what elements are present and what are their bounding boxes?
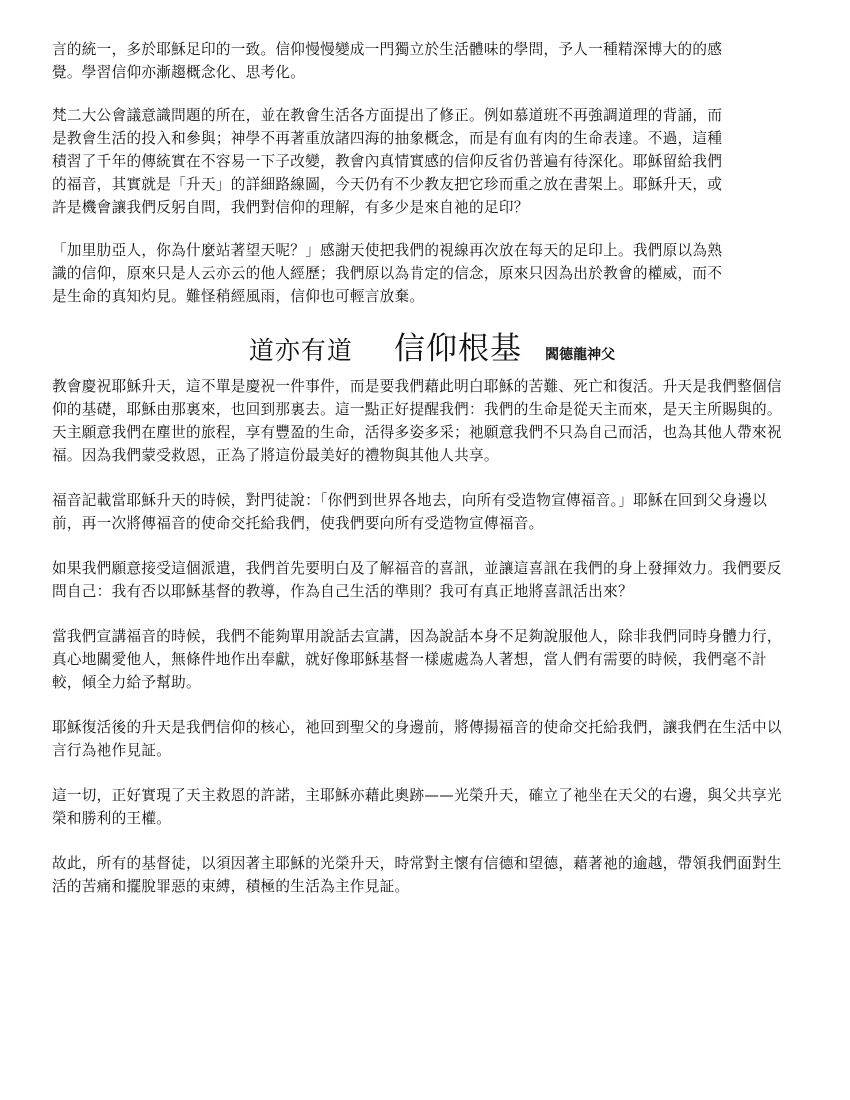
paragraph: 耶穌復活後的升天是我們信仰的核心，祂回到聖父的身邊前，將傳揚福音的使命交托給我們… — [52, 716, 782, 762]
text-line: 是教會生活的投入和參與；神學不再著重放諸四海的抽象概念，而是有血有肉的生命表達。… — [52, 127, 722, 150]
paragraph: 如果我們願意接受這個派遣，我們首先要明白及了解福音的喜訊，並讓這喜訊在我們的身上… — [52, 557, 782, 603]
text-line: 問自己：我有否以耶穌基督的教導，作為自己生活的準則？我可有真正地將喜訊活出來？ — [52, 580, 782, 603]
text-line: 當我們宣講福音的時候，我們不能夠單用說話去宣講，因為說話本身不足夠說服他人，除非… — [52, 625, 782, 648]
text-line: 故此，所有的基督徒，以須因著主耶穌的光榮升天，時常對主懷有信德和望德，藉著祂的逾… — [52, 852, 782, 875]
paragraph: 福音記載當耶穌升天的時候，對門徒說：「你們到世界各地去，向所有受造物宣傳福音。」… — [52, 489, 782, 535]
text-line: 積習了千年的傳統實在不容易一下子改變，教會內真情實感的信仰反省仍普遍有待深化。耶… — [52, 150, 722, 173]
text-line: 的福音，其實就是「升天」的詳細路線圖，今天仍有不少教友把它珍而重之放在書架上。耶… — [52, 173, 722, 196]
paragraph: 言的統一，多於耶穌足印的一致。信仰慢慢變成一門獨立於生活體味的學問，予人一種精深… — [52, 38, 722, 84]
paragraph: 梵二大公會議意識問題的所在，並在教會生活各方面提出了修正。例如慕道班不再強調道理… — [52, 104, 722, 219]
text-line: 如果我們願意接受這個派遣，我們首先要明白及了解福音的喜訊，並讓這喜訊在我們的身上… — [52, 557, 782, 580]
text-line: 仰的基礎，耶穌由那裏來，也回到那裏去。這一點正好提醒我們：我們的生命是從天主而來… — [52, 398, 782, 421]
text-line: 言的統一，多於耶穌足印的一致。信仰慢慢變成一門獨立於生活體味的學問，予人一種精深… — [52, 38, 722, 61]
text-line: 真心地關愛他人，無條件地作出奉獻，就好像耶穌基督一樣處處為人著想，當人們有需要的… — [52, 648, 782, 671]
text-line: 識的信仰，原來只是人云亦云的他人經歷；我們原以為肯定的信念，原來只因為出於教會的… — [52, 262, 722, 285]
text-line: 前，再一次將傳福音的使命交托給我們，使我們要向所有受造物宣傳福音。 — [52, 512, 782, 535]
article-body: 教會慶祝耶穌升天，這不單是慶祝一件事件，而是要我們藉此明白耶穌的苦難、死亡和復活… — [52, 375, 782, 920]
article-heading: 道亦有道 信仰根基 閻德龍神父 — [52, 323, 812, 368]
text-line: 許是機會讓我們反躬自問，我們對信仰的理解，有多少是來自祂的足印？ — [52, 196, 722, 219]
text-line: 言行為祂作見証。 — [52, 739, 782, 762]
text-line: 覺。學習信仰亦漸趨概念化、思考化。 — [52, 61, 722, 84]
column-name: 道亦有道 — [249, 336, 353, 365]
text-line: 「加里肋亞人，你為什麼站著望天呢？」感謝天使把我們的視線再次放在每天的足印上。我… — [52, 239, 722, 262]
paragraph: 這一切，正好實現了天主救恩的許諾，主耶穌亦藉此奧跡——光榮升天，確立了祂坐在天父… — [52, 784, 782, 830]
previous-article-continuation: 言的統一，多於耶穌足印的一致。信仰慢慢變成一門獨立於生活體味的學問，予人一種精深… — [52, 38, 722, 328]
text-line: 較，傾全力給予幫助。 — [52, 671, 782, 694]
paragraph: 故此，所有的基督徒，以須因著主耶穌的光榮升天，時常對主懷有信德和望德，藉著祂的逾… — [52, 852, 782, 898]
paragraph: 教會慶祝耶穌升天，這不單是慶祝一件事件，而是要我們藉此明白耶穌的苦難、死亡和復活… — [52, 375, 782, 467]
text-line: 福音記載當耶穌升天的時候，對門徒說：「你們到世界各地去，向所有受造物宣傳福音。」… — [52, 489, 782, 512]
text-line: 活的苦痛和擺脫罪惡的束縛，積極的生活為主作見証。 — [52, 875, 782, 898]
text-line: 天主願意我們在塵世的旅程，享有豐盈的生命，活得多姿多采；祂願意我們不只為自己而活… — [52, 421, 782, 444]
text-line: 福。因為我們蒙受救恩，正為了將這份最美好的禮物與其他人共享。 — [52, 444, 782, 467]
text-line: 榮和勝利的王權。 — [52, 807, 782, 830]
text-line: 是生命的真知灼見。難怪稍經風雨，信仰也可輕言放棄。 — [52, 285, 722, 308]
paragraph: 「加里肋亞人，你為什麼站著望天呢？」感謝天使把我們的視線再次放在每天的足印上。我… — [52, 239, 722, 308]
text-line: 教會慶祝耶穌升天，這不單是慶祝一件事件，而是要我們藉此明白耶穌的苦難、死亡和復活… — [52, 375, 782, 398]
text-line: 這一切，正好實現了天主救恩的許諾，主耶穌亦藉此奧跡——光榮升天，確立了祂坐在天父… — [52, 784, 782, 807]
article-title: 信仰根基 — [394, 331, 522, 367]
text-line: 耶穌復活後的升天是我們信仰的核心，祂回到聖父的身邊前，將傳揚福音的使命交托給我們… — [52, 716, 782, 739]
paragraph: 當我們宣講福音的時候，我們不能夠單用說話去宣講，因為說話本身不足夠說服他人，除非… — [52, 625, 782, 694]
article-author: 閻德龍神父 — [545, 347, 615, 363]
text-line: 梵二大公會議意識問題的所在，並在教會生活各方面提出了修正。例如慕道班不再強調道理… — [52, 104, 722, 127]
